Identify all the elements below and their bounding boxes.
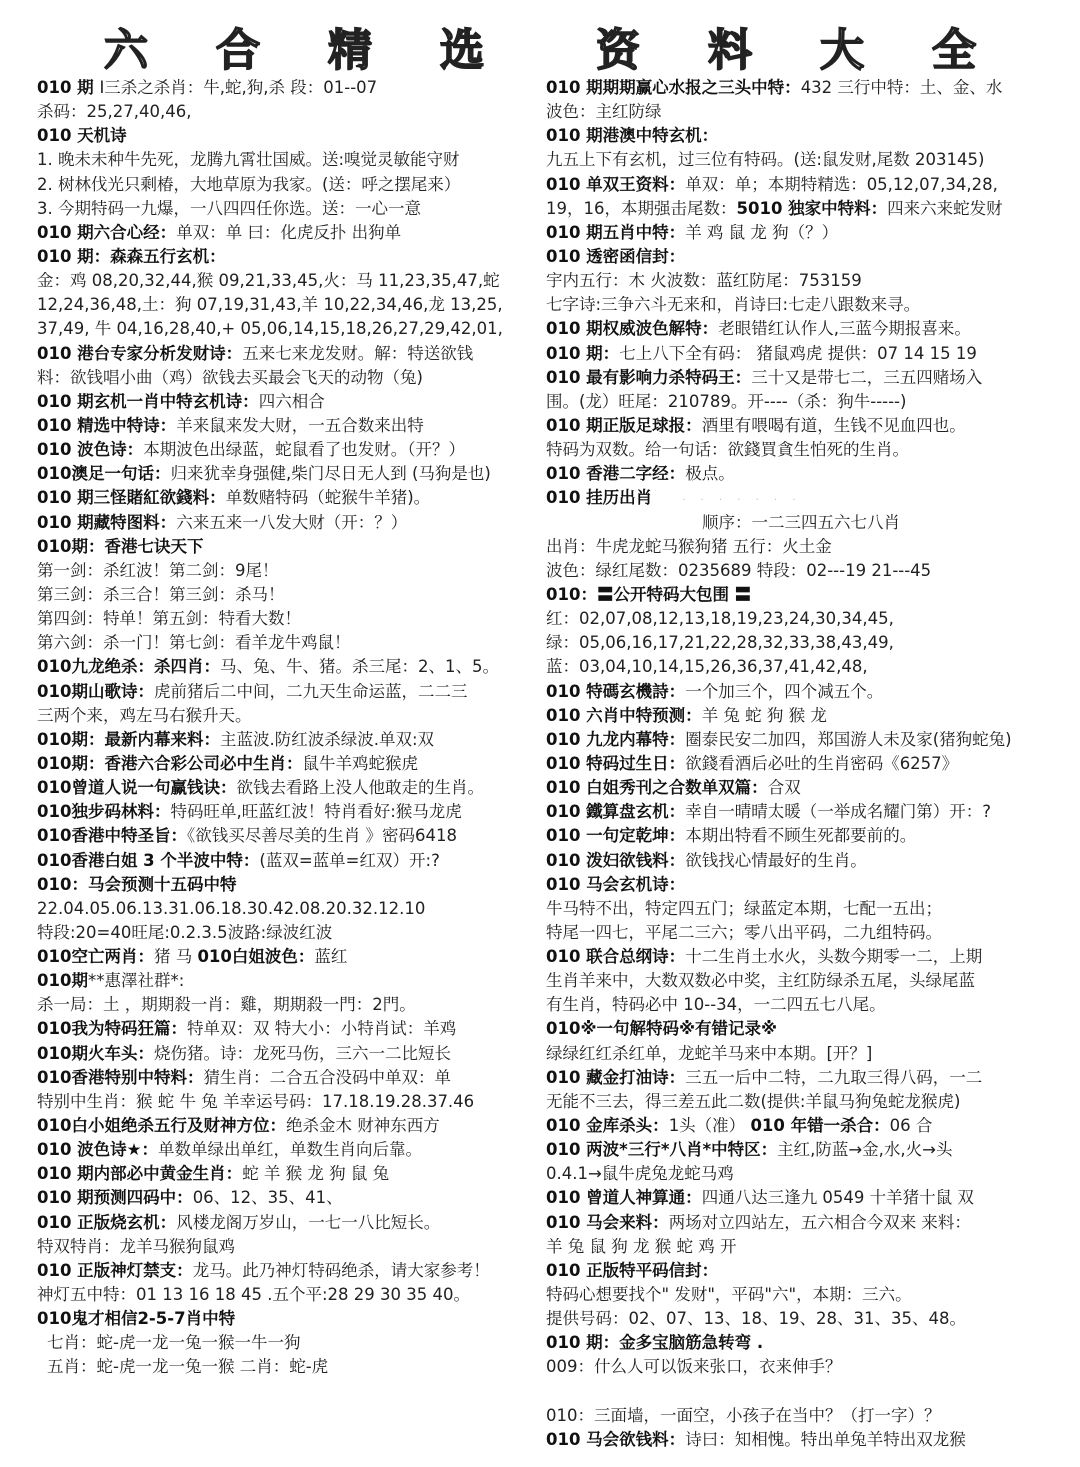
text-line: 特段:20=40旺尾:0.2.3.5波路:绿波红波 xyxy=(37,921,552,945)
line-text: 四来六来蛇发财 xyxy=(887,199,1003,218)
text-line: 绿绿红红杀红单，龙蛇羊马来中本期。[开？] xyxy=(546,1042,1056,1066)
title-char: 大 xyxy=(811,26,873,76)
line-label: 010九龙绝杀：杀四肖： xyxy=(37,657,220,676)
line-text: 1. 晚未未种牛先死，龙腾九霄壮国威。送:嗅觉灵敏能守财 xyxy=(37,150,460,169)
text-line: 010 港台专家分析发财诗：五来七来龙发财。解：特送欲钱 xyxy=(37,342,552,366)
line-text: 第一剑：杀红波！第二剑：9尾！ xyxy=(37,561,279,580)
text-line: 010香港特别中特料：猜生肖：二合五合没码中单双：单 xyxy=(37,1066,552,1090)
text-line: 010 期六合心经：单双：单 曰：化虎反扑 出狗单 xyxy=(37,221,552,245)
left-column: 010 期 Ⅰ三杀之杀肖：牛,蛇,狗,杀 段：01--07杀码：25,27,40… xyxy=(37,76,552,1380)
line-text: 特段:20=40旺尾:0.2.3.5波路:绿波红波 xyxy=(37,923,332,942)
text-line: 010 正版特平码信封： xyxy=(546,1259,1056,1283)
line-text: 一个加三个，四个减五个。 xyxy=(685,682,883,701)
text-line: 010 波色诗★：单数单绿出单红，单数生肖向后靠。 xyxy=(37,1138,552,1162)
text-line: 第三剑：杀三合！第三剑：杀马！ xyxy=(37,583,552,607)
line-label: 010 期： xyxy=(546,344,619,363)
line-label: 010 马会来料： xyxy=(546,1213,669,1232)
text-line: 010我为特码狂篇：特单双：双 特大小：小特肖试：羊鸡 xyxy=(37,1017,552,1041)
line-text: 绿绿红红杀红单，龙蛇羊马来中本期。[开？] xyxy=(546,1044,872,1063)
title-char: 精 xyxy=(319,26,381,76)
text-line: 010 期玄机一肖中特玄机诗：四六相合 xyxy=(37,390,552,414)
line-label: 010 透密函信封： xyxy=(546,247,685,266)
text-line: 010 期期期赢心水报之三头中特：432 三行中特：土、金、水 xyxy=(546,76,1056,100)
line-label: 010 联合总纲诗： xyxy=(546,947,685,966)
text-line: 010 曾道人神算通：四通八达三逢九 0549 十羊猪十鼠 双 xyxy=(546,1186,1056,1210)
text-line: 010期：香港六合彩公司必中生肖：鼠牛羊鸡蛇猴虎 xyxy=(37,752,552,776)
line-text: 五来七来龙发财。解：特送欲钱 xyxy=(242,344,473,363)
text-line: 010香港中特圣旨：《欲钱买尽善尽美的生肖 》密码6418 xyxy=(37,824,552,848)
line-text: 0.4.1→鼠牛虎兔龙蛇马鸡 xyxy=(546,1164,734,1183)
line-label: 5010 独家中特料： xyxy=(737,199,888,218)
text-line: 19，16，本期强击尾数：5010 独家中特料：四来六来蛇发财 xyxy=(546,197,1056,221)
line-label: 010 泼妇欲钱料： xyxy=(546,851,685,870)
line-text: 四通八达三逢九 0549 十羊猪十鼠 双 xyxy=(702,1188,974,1207)
line-text: 单数单绿出单红，单数生肖向后靠。 xyxy=(158,1140,422,1159)
text-line: 010期火车头：烧伤猪。诗：龙死马伤，三六一二比短长 xyxy=(37,1042,552,1066)
text-line: 010白小姐绝杀五行及财神方位：绝杀金木 财神东西方 xyxy=(37,1114,552,1138)
text-line: 蓝：03,04,10,14,15,26,36,37,41,42,48, xyxy=(546,655,1056,679)
line-text: 19，16，本期强击尾数： xyxy=(546,199,737,218)
text-line: 010 期内部必中黄金生肖：蛇 羊 猴 龙 狗 鼠 兔 xyxy=(37,1162,552,1186)
line-text: 提供号码：02、07、13、18、19、28、31、35、48。 xyxy=(546,1309,966,1328)
line-text: 六来五来一八发大财（开：？） xyxy=(176,513,407,532)
page-title: 六 合 精 选 资 料 大 全 xyxy=(0,26,1080,76)
text-line: 010 期藏特图料：六来五来一八发大财（开：？） xyxy=(37,511,552,535)
line-label: 010期 xyxy=(37,971,88,990)
line-label: 010鬼才相信2-5-7肖中特 xyxy=(37,1309,235,1328)
text-line: 010※一句解特码※有错记录※ xyxy=(546,1017,1056,1041)
text-line: 37,49, 牛 04,16,28,40,+ 05,06,14,15,18,26… xyxy=(37,317,552,341)
line-label: 010 年错一杀合： xyxy=(750,1116,889,1135)
line-text: 有生肖，特码必中 10--34，一二四五七八尾。 xyxy=(546,995,886,1014)
line-text: 老眼错红认作人,三蓝今期报喜来。 xyxy=(718,319,971,338)
text-line: 有生肖，特码必中 10--34，一二四五七八尾。 xyxy=(546,993,1056,1017)
text-line: 010 天机诗 xyxy=(37,124,552,148)
line-label: 010 白姐秀刊之合数单双篇： xyxy=(546,778,768,797)
line-text: 龙马。此乃神灯特码绝杀，请大家参考！ xyxy=(193,1261,490,1280)
text-line: 宇内五行：木 火波数：蓝红防尾：753159 xyxy=(546,269,1056,293)
text-line: 010九龙绝杀：杀四肖：马、兔、牛、猪。杀三尾：2、1、5。 xyxy=(37,655,552,679)
line-text: 12,24,36,48,土：狗 07,19,31,43,羊 10,22,34,4… xyxy=(37,295,503,314)
line-label: 010空亡两肖： xyxy=(37,947,154,966)
line-label: 010 期内部必中黄金生肖： xyxy=(37,1164,242,1183)
text-line: 010 正版烧玄机：风楼龙阁万岁山，一七一八比短长。 xyxy=(37,1211,552,1235)
line-text: 杀码：25,27,40,46, xyxy=(37,102,191,121)
text-line: 1. 晚未未种牛先死，龙腾九霄壮国威。送:嗅觉灵敏能守财 xyxy=(37,148,552,172)
text-line: 波色：主红防绿 xyxy=(546,100,1056,124)
text-line: 第六剑：杀一门！第七剑：看羊龙牛鸡鼠！ xyxy=(37,631,552,655)
text-line: 010曾道人说一句赢钱诀：欲钱去看路上没人他敢走的生肖。 xyxy=(37,776,552,800)
text-line: 第一剑：杀红波！第二剑：9尾！ xyxy=(37,559,552,583)
text-line: 010：〓公开特码大包围 〓 xyxy=(546,583,1056,607)
text-line: 010 九龙内幕特：圈泰民安二加四，郑国游人未及家(猪狗蛇兔) xyxy=(546,728,1056,752)
line-label: 010 期：金多宝脑筋急转弯 . xyxy=(546,1333,763,1352)
text-line: 010 精选中特诗：羊来鼠来发大财，一五合数来出特 xyxy=(37,414,552,438)
line-text: 五肖：蛇-虎一龙一兔一猴 二肖：蛇-虎 xyxy=(47,1357,328,1376)
text-line: 010 正版神灯禁支：龙马。此乃神灯特码绝杀，请大家参考！ xyxy=(37,1259,552,1283)
text-line: 22.04.05.06.13.31.06.18.30.42.08.20.32.1… xyxy=(37,897,552,921)
line-text: 蓝：03,04,10,14,15,26,36,37,41,42,48, xyxy=(546,657,868,676)
text-line: 010期：最新内幕来料：主蓝波.防红波杀绿波.单双:双 xyxy=(37,728,552,752)
line-label: 010 期：森森五行玄机： xyxy=(37,247,226,266)
line-text: 009：什么人可以饭来张口，衣来伸手？ xyxy=(546,1357,842,1376)
text-line: 010 期：金多宝脑筋急转弯 . xyxy=(546,1331,1056,1355)
line-label: 010 波色诗★： xyxy=(37,1140,158,1159)
line-label: 010 单双王资料： xyxy=(546,175,685,194)
line-text: 猜生肖：二合五合没码中单双：单 xyxy=(203,1068,451,1087)
line-text: 牛马特不出，特定四五门；绿蓝定本期，七配一五出； xyxy=(546,899,942,918)
line-label: 010 香港二字经： xyxy=(546,464,685,483)
line-text: 虎前猪后二中间，二九天生命运蓝，二二三 xyxy=(154,682,468,701)
text-line: 牛马特不出，特定四五门；绿蓝定本期，七配一五出； xyxy=(546,897,1056,921)
text-line: 010 鐵算盘玄机：幸自一晴晴太暖（一举成名耀门第）开：? xyxy=(546,800,1056,824)
line-text: 37,49, 牛 04,16,28,40,+ 05,06,14,15,18,26… xyxy=(37,319,503,338)
line-text: 顺序：一二三四五六七八肖 xyxy=(702,513,900,532)
text-line: 010 期：森森五行玄机： xyxy=(37,245,552,269)
text-line: 010香港白姐 3 个半波中特：(蓝双=蓝单=红双）开:? xyxy=(37,849,552,873)
line-text: 烧伤猪。诗：龙死马伤，三六一二比短长 xyxy=(154,1044,451,1063)
line-label: 010 期 xyxy=(37,78,99,97)
title-char: 资 xyxy=(587,26,649,76)
line-label: 010 港台专家分析发财诗： xyxy=(37,344,242,363)
text-line: 杀码：25,27,40,46, xyxy=(37,100,552,124)
line-text: 特码旺单,旺蓝红波！特肖看好:猴马龙虎 xyxy=(170,802,461,821)
text-line: 九五上下有玄机，过三位有特码。(送:鼠发财,尾数 203145) xyxy=(546,148,1056,172)
text-line: 009：什么人可以饭来张口，衣来伸手？ xyxy=(546,1355,1056,1379)
text-line: 七字诗:三争六斗无来和，肖诗曰:七走八跟数来寻。 xyxy=(546,293,1056,317)
text-line: 010 透密函信封： xyxy=(546,245,1056,269)
text-line: 010澳足一句话：归来犹幸身强健,柴门尽日无人到 (马狗是也) xyxy=(37,462,552,486)
line-label: 010 曾道人神算通： xyxy=(546,1188,702,1207)
text-line: 010 期港澳中特玄机： xyxy=(546,124,1056,148)
text-line: 010 金库杀头：1头（准） 010 年错一杀合：06 合 xyxy=(546,1114,1056,1138)
line-text: 单双：单；本期特精选：05,12,07,34,28, xyxy=(685,175,998,194)
line-label: 010 期六合心经： xyxy=(37,223,176,242)
text-line: 12,24,36,48,土：狗 07,19,31,43,羊 10,22,34,4… xyxy=(37,293,552,317)
line-text: 特码为双数。给一句话：欲錢買貪生怕死的生肖。 xyxy=(546,440,909,459)
line-label: 010 期五肖中特： xyxy=(546,223,685,242)
text-line: 杀一局：土 ，期期殺一肖：雞，期期殺一門：2門。 xyxy=(37,993,552,1017)
line-text: 1头（准） xyxy=(669,1116,751,1135)
line-text: 羊 兔 鼠 狗 龙 猴 蛇 鸡 开 xyxy=(546,1237,736,1256)
text-line: 010 最有影响力杀特码王：三十又是带七二，三五四赌场入 xyxy=(546,366,1056,390)
text-line: 3. 今期特码一九爆，一八四四任你选。送：一心一意 xyxy=(37,197,552,221)
line-label: 010香港中特圣旨： xyxy=(37,826,187,845)
line-label: 010 最有影响力杀特码王： xyxy=(546,368,751,387)
line-text: 三两个来，鸡左马右猴升天。 xyxy=(37,706,252,725)
line-text: 第六剑：杀一门！第七剑：看羊龙牛鸡鼠！ xyxy=(37,633,351,652)
text-line: 神灯五中特：01 13 16 18 45 .五个平:28 29 30 35 40… xyxy=(37,1283,552,1307)
line-text: (蓝双=蓝单=红双）开:? xyxy=(259,851,439,870)
text-line: 无能不三去，得三差五此二数(提供:羊鼠马狗兔蛇龙猴虎) xyxy=(546,1090,1056,1114)
line-label: 010 精选中特诗： xyxy=(37,416,176,435)
text-line: 绿：05,06,16,17,21,22,28,32,33,38,43,49, xyxy=(546,631,1056,655)
text-line: 特尾一四七，平尾二三六；零八出平码，二九组特码。 xyxy=(546,921,1056,945)
line-text: 主蓝波.防红波杀绿波.单双:双 xyxy=(220,730,434,749)
line-label: 010白小姐绝杀五行及财神方位： xyxy=(37,1116,286,1135)
line-text: 圈泰民安二加四，郑国游人未及家(猪狗蛇兔) xyxy=(685,730,1011,749)
title-char: 选 xyxy=(431,26,493,76)
text-line: 特码心想要找个" 发财"，平码"六"，本期：三六。 xyxy=(546,1283,1056,1307)
line-label: 010 期预测四码中： xyxy=(37,1188,193,1207)
line-label: 010 六肖中特预测： xyxy=(546,706,702,725)
line-label: 010白姐波色： xyxy=(197,947,314,966)
line-label: 010 一句定乾坤： xyxy=(546,826,685,845)
text-line: 010 期权威波色解特：老眼错红认作人,三蓝今期报喜来。 xyxy=(546,317,1056,341)
line-label: 010 九龙内幕特： xyxy=(546,730,685,749)
line-label: 010 正版神灯禁支： xyxy=(37,1261,193,1280)
text-line: 010独步码林料：特码旺单,旺蓝红波！特肖看好:猴马龙虎 xyxy=(37,800,552,824)
line-label: 010 金库杀头： xyxy=(546,1116,669,1135)
line-label: 010香港白姐 3 个半波中特： xyxy=(37,851,259,870)
line-text: 第三剑：杀三合！第三剑：杀马！ xyxy=(37,585,285,604)
line-text: 合双 xyxy=(768,778,801,797)
line-text: 归来犹幸身强健,柴门尽日无人到 (马狗是也) xyxy=(170,464,490,483)
text-line: 010 泼妇欲钱料：欲钱找心情最好的生肖。 xyxy=(546,849,1056,873)
line-text: 蓝红 xyxy=(314,947,347,966)
text-line: 010 期正版足球报：酒里有喂喝有道，生钱不见血四也。 xyxy=(546,414,1056,438)
line-text: 特双特肖：龙羊马猴狗鼠鸡 xyxy=(37,1237,235,1256)
line-label: 010期火车头： xyxy=(37,1044,154,1063)
text-line: 010 期预测四码中：06、12、35、41、 xyxy=(37,1186,552,1210)
line-label: 010 正版烧玄机： xyxy=(37,1213,176,1232)
line-label: 010 马会欲钱料： xyxy=(546,1430,685,1449)
line-text: 波色：绿红尾数：0235689 特段：02---19 21---45 xyxy=(546,561,931,580)
text-line: 010期**惠澤社群*: xyxy=(37,969,552,993)
text-line: 红：02,07,08,12,13,18,19,23,24,30,34,45, xyxy=(546,607,1056,631)
text-line: 金：鸡 08,20,32,44,猴 09,21,33,45,火：马 11,23,… xyxy=(37,269,552,293)
text-line: 010 特碼玄機詩：一个加三个，四个减五个。 xyxy=(546,680,1056,704)
line-text: 欲钱找心情最好的生肖。 xyxy=(685,851,867,870)
line-text: 羊 鸡 鼠 龙 狗（？） xyxy=(685,223,838,242)
line-label: 010 期藏特图料： xyxy=(37,513,176,532)
text-line: 生肖羊来中，大数双数必中奖，主红防绿杀五尾，头绿尾蓝 xyxy=(546,969,1056,993)
text-line: 波色：绿红尾数：0235689 特段：02---19 21---45 xyxy=(546,559,1056,583)
line-text: 蛇 羊 猴 龙 狗 鼠 兔 xyxy=(242,1164,389,1183)
line-text: 羊 兔 蛇 狗 猴 龙 xyxy=(702,706,827,725)
line-text: 主红,防蓝→金,水,火→头 xyxy=(777,1140,952,1159)
text-line xyxy=(546,1380,1056,1404)
text-line: 010 马会欲钱料：诗曰：知相愧。特出单兔羊特出双龙猴 xyxy=(546,1428,1056,1452)
text-line: 特双特肖：龙羊马猴狗鼠鸡 xyxy=(37,1235,552,1259)
line-text: 四六相合 xyxy=(259,392,325,411)
line-text: 两场对立四站左，五六相合今双来 来料： xyxy=(669,1213,971,1232)
line-label: 010期：最新内幕来料： xyxy=(37,730,220,749)
decorative-dots: · · · · · · · xyxy=(682,495,801,506)
text-line: 010 马会来料：两场对立四站左，五六相合今双来 来料： xyxy=(546,1211,1056,1235)
title-char: 合 xyxy=(207,26,269,76)
text-line: 料：欲钱唱小曲（鸡）欲钱去买最会飞天的动物（兔) xyxy=(37,366,552,390)
line-text: 本期波色出绿蓝，蛇鼠看了也发财。（开？） xyxy=(143,440,465,459)
line-text: 诗曰：知相愧。特出单兔羊特出双龙猴 xyxy=(685,1430,966,1449)
text-line: 010 白姐秀刊之合数单双篇：合双 xyxy=(546,776,1056,800)
line-text: 杀一局：土 ，期期殺一肖：雞，期期殺一門：2門。 xyxy=(37,995,416,1014)
line-label: 010：马会预测十五码中特 xyxy=(37,875,236,894)
line-label: 010 正版特平码信封： xyxy=(546,1261,718,1280)
text-line: 围。(龙）旺尾：210789。开----（杀：狗牛-----) xyxy=(546,390,1056,414)
line-text: 风楼龙阁万岁山，一七一八比短长。 xyxy=(176,1213,440,1232)
line-text: 鼠牛羊鸡蛇猴虎 xyxy=(302,754,418,773)
text-line: 010 两波*三行*八肖*中特区：主红,防蓝→金,水,火→头 xyxy=(546,1138,1056,1162)
line-text: 欲钱去看路上没人他敢走的生肖。 xyxy=(236,778,484,797)
text-line: 特码为双数。给一句话：欲錢買貪生怕死的生肖。 xyxy=(546,438,1056,462)
line-text: 第四剑：特单！第五剑：特看大数！ xyxy=(37,609,301,628)
text-line: 010 期五肖中特：羊 鸡 鼠 龙 狗（？） xyxy=(546,221,1056,245)
line-text: Ⅰ三杀之杀肖：牛,蛇,狗,杀 段：01--07 xyxy=(99,78,377,97)
line-text: 猪 马 xyxy=(154,947,198,966)
text-line: 010 特码过生日：欲錢看酒后必吐的生肖密码《6257》 xyxy=(546,752,1056,776)
text-line: 010：马会预测十五码中特 xyxy=(37,873,552,897)
title-char: 六 xyxy=(95,26,157,76)
text-line: 010 期：七上八下全有码： 猪鼠鸡虎 提供：07 14 15 19 xyxy=(546,342,1056,366)
line-text: 围。(龙）旺尾：210789。开----（杀：狗牛-----) xyxy=(546,392,906,411)
line-text: 出肖：牛虎龙蛇马猴狗猪 五行：火土金 xyxy=(546,537,832,556)
text-line: 010 期三怪賭紅欲錢料：单数赌特码（蛇猴牛羊猪)。 xyxy=(37,486,552,510)
line-label: 010我为特码狂篇： xyxy=(37,1019,187,1038)
line-text: 010：三面墙，一面空，小孩子在当中？（打一字）？ xyxy=(546,1406,941,1425)
text-line: 010期山歌诗：虎前猪后二中间，二九天生命运蓝，二二三 xyxy=(37,680,552,704)
text-line: 010 单双王资料：单双：单；本期特精选：05,12,07,34,28, xyxy=(546,173,1056,197)
line-text: 单双：单 曰：化虎反扑 出狗单 xyxy=(176,223,401,242)
line-text: 2. 树林伐光只剩椿，大地草原为我家。(送：呼之摆尾来） xyxy=(37,175,460,194)
text-line: 010：三面墙，一面空，小孩子在当中？（打一字）？ xyxy=(546,1404,1056,1428)
line-label: 010 马会玄机诗： xyxy=(546,875,685,894)
text-line: 010 藏金打油诗：三五一后中二特，二九取三得八码，一二 xyxy=(546,1066,1056,1090)
line-label: 010 期正版足球报： xyxy=(546,416,702,435)
text-line: 010 波色诗：本期波色出绿蓝，蛇鼠看了也发财。（开？） xyxy=(37,438,552,462)
line-text: 特码心想要找个" 发财"，平码"六"，本期：三六。 xyxy=(546,1285,912,1304)
line-text: 七肖：蛇-虎一龙一兔一猴一牛一狗 xyxy=(47,1333,300,1352)
line-label: 010 挂历出肖 xyxy=(546,488,652,507)
line-text: 432 三行中特：土、金、水 xyxy=(801,78,1003,97)
line-label: 010 特碼玄機詩： xyxy=(546,682,685,701)
line-label: 010 两波*三行*八肖*中特区： xyxy=(546,1140,777,1159)
text-line: 010 挂历出肖· · · · · · · xyxy=(546,486,1056,510)
line-text: 本期出特看不顾生死都要前的。 xyxy=(685,826,916,845)
line-label: 010期：香港六合彩公司必中生肖： xyxy=(37,754,302,773)
text-line: 010鬼才相信2-5-7肖中特 xyxy=(37,1307,552,1331)
line-text: 欲錢看酒后必吐的生肖密码《6257》 xyxy=(685,754,958,773)
line-text: 生肖羊来中，大数双数必中奖，主红防绿杀五尾，头绿尾蓝 xyxy=(546,971,975,990)
line-text: 极点。 xyxy=(685,464,735,483)
line-label: 010 特码过生日： xyxy=(546,754,685,773)
line-text: 绝杀金木 财神东西方 xyxy=(286,1116,440,1135)
line-label: 010 期期期赢心水报之三头中特： xyxy=(546,78,801,97)
line-text: 单数赌特码（蛇猴牛羊猪)。 xyxy=(226,488,430,507)
text-line: 010 期 Ⅰ三杀之杀肖：牛,蛇,狗,杀 段：01--07 xyxy=(37,76,552,100)
line-text: 06、12、35、41、 xyxy=(193,1188,343,1207)
line-text: 十二生肖土水火，头数今期零一二，上期 xyxy=(685,947,982,966)
text-line: 010 马会玄机诗： xyxy=(546,873,1056,897)
line-label: 010香港特别中特料： xyxy=(37,1068,203,1087)
text-line: 五肖：蛇-虎一龙一兔一猴 二肖：蛇-虎 xyxy=(37,1355,552,1379)
line-label: 010※一句解特码※有错记录※ xyxy=(546,1019,777,1038)
line-label: 010 波色诗： xyxy=(37,440,143,459)
line-label: 010 藏金打油诗： xyxy=(546,1068,685,1087)
line-text: **惠澤社群*: xyxy=(88,971,184,990)
text-line: 特别中生肖：猴 蛇 牛 兔 羊幸运号码：17.18.19.28.37.46 xyxy=(37,1090,552,1114)
line-label: 010期山歌诗： xyxy=(37,682,154,701)
text-line: 010空亡两肖：猪 马 010白姐波色：蓝红 xyxy=(37,945,552,969)
line-label: 010：〓公开特码大包围 〓 xyxy=(546,585,751,604)
text-line: 提供号码：02、07、13、18、19、28、31、35、48。 xyxy=(546,1307,1056,1331)
text-line: 顺序：一二三四五六七八肖 xyxy=(546,511,1056,535)
line-text: 九五上下有玄机，过三位有特码。(送:鼠发财,尾数 203145) xyxy=(546,150,984,169)
right-column: 010 期期期赢心水报之三头中特：432 三行中特：土、金、水波色：主红防绿01… xyxy=(546,76,1056,1452)
text-line: 010 香港二字经：极点。 xyxy=(546,462,1056,486)
line-text: 波色：主红防绿 xyxy=(546,102,662,121)
line-label: 010 期权威波色解特： xyxy=(546,319,718,338)
line-text: 无能不三去，得三差五此二数(提供:羊鼠马狗兔蛇龙猴虎) xyxy=(546,1092,960,1111)
line-text: 22.04.05.06.13.31.06.18.30.42.08.20.32.1… xyxy=(37,899,425,918)
line-text: 羊来鼠来发大财，一五合数来出特 xyxy=(176,416,424,435)
line-text: 马、兔、牛、猪。杀三尾：2、1、5。 xyxy=(220,657,499,676)
line-text: 绿：05,06,16,17,21,22,28,32,33,38,43,49, xyxy=(546,633,894,652)
line-label: 010期：香港七诀天下 xyxy=(37,537,203,556)
title-char: 料 xyxy=(699,26,761,76)
line-text: 七字诗:三争六斗无来和，肖诗曰:七走八跟数来寻。 xyxy=(546,295,920,314)
line-text: 三五一后中二特，二九取三得八码，一二 xyxy=(685,1068,982,1087)
line-text: 金：鸡 08,20,32,44,猴 09,21,33,45,火：马 11,23,… xyxy=(37,271,500,290)
title-char: 全 xyxy=(923,26,985,76)
line-text: 神灯五中特：01 13 16 18 45 .五个平:28 29 30 35 40… xyxy=(37,1285,470,1304)
line-label: 010 期三怪賭紅欲錢料： xyxy=(37,488,226,507)
line-text: 特单双：双 特大小：小特肖试：羊鸡 xyxy=(187,1019,456,1038)
line-text: 3. 今期特码一九爆，一八四四任你选。送：一心一意 xyxy=(37,199,421,218)
line-text: 料：欲钱唱小曲（鸡）欲钱去买最会飞天的动物（兔) xyxy=(37,368,423,387)
line-label: 010 天机诗 xyxy=(37,126,127,145)
line-text: 幸自一晴晴太暖（一举成名耀门第）开：? xyxy=(685,802,991,821)
text-line: 010 六肖中特预测：羊 兔 蛇 狗 猴 龙 xyxy=(546,704,1056,728)
line-text: 酒里有喂喝有道，生钱不见血四也。 xyxy=(702,416,966,435)
line-text: 七上八下全有码： 猪鼠鸡虎 提供：07 14 15 19 xyxy=(619,344,977,363)
line-label: 010澳足一句话： xyxy=(37,464,170,483)
text-line: 七肖：蛇-虎一龙一兔一猴一牛一狗 xyxy=(37,1331,552,1355)
line-text: 《欲钱买尽善尽美的生肖 》密码6418 xyxy=(187,826,457,845)
line-label: 010独步码林料： xyxy=(37,802,170,821)
line-text: 宇内五行：木 火波数：蓝红防尾：753159 xyxy=(546,271,862,290)
line-text: 06 合 xyxy=(890,1116,933,1135)
line-text: 红：02,07,08,12,13,18,19,23,24,30,34,45, xyxy=(546,609,894,628)
line-text: 特尾一四七，平尾二三六；零八出平码，二九组特码。 xyxy=(546,923,942,942)
line-label: 010 期玄机一肖中特玄机诗： xyxy=(37,392,259,411)
line-text: 三十又是带七二，三五四赌场入 xyxy=(751,368,982,387)
text-line: 010 一句定乾坤：本期出特看不顾生死都要前的。 xyxy=(546,824,1056,848)
text-line: 羊 兔 鼠 狗 龙 猴 蛇 鸡 开 xyxy=(546,1235,1056,1259)
line-label: 010 期港澳中特玄机： xyxy=(546,126,718,145)
line-text: 特别中生肖：猴 蛇 牛 兔 羊幸运号码：17.18.19.28.37.46 xyxy=(37,1092,474,1111)
text-line: 三两个来，鸡左马右猴升天。 xyxy=(37,704,552,728)
text-line: 出肖：牛虎龙蛇马猴狗猪 五行：火土金 xyxy=(546,535,1056,559)
line-label: 010 鐵算盘玄机： xyxy=(546,802,685,821)
text-line: 2. 树林伐光只剩椿，大地草原为我家。(送：呼之摆尾来） xyxy=(37,173,552,197)
text-line: 第四剑：特单！第五剑：特看大数！ xyxy=(37,607,552,631)
text-line: 010期：香港七诀天下 xyxy=(37,535,552,559)
text-line: 010 联合总纲诗：十二生肖土水火，头数今期零一二，上期 xyxy=(546,945,1056,969)
text-line: 0.4.1→鼠牛虎兔龙蛇马鸡 xyxy=(546,1162,1056,1186)
line-label: 010曾道人说一句赢钱诀： xyxy=(37,778,236,797)
